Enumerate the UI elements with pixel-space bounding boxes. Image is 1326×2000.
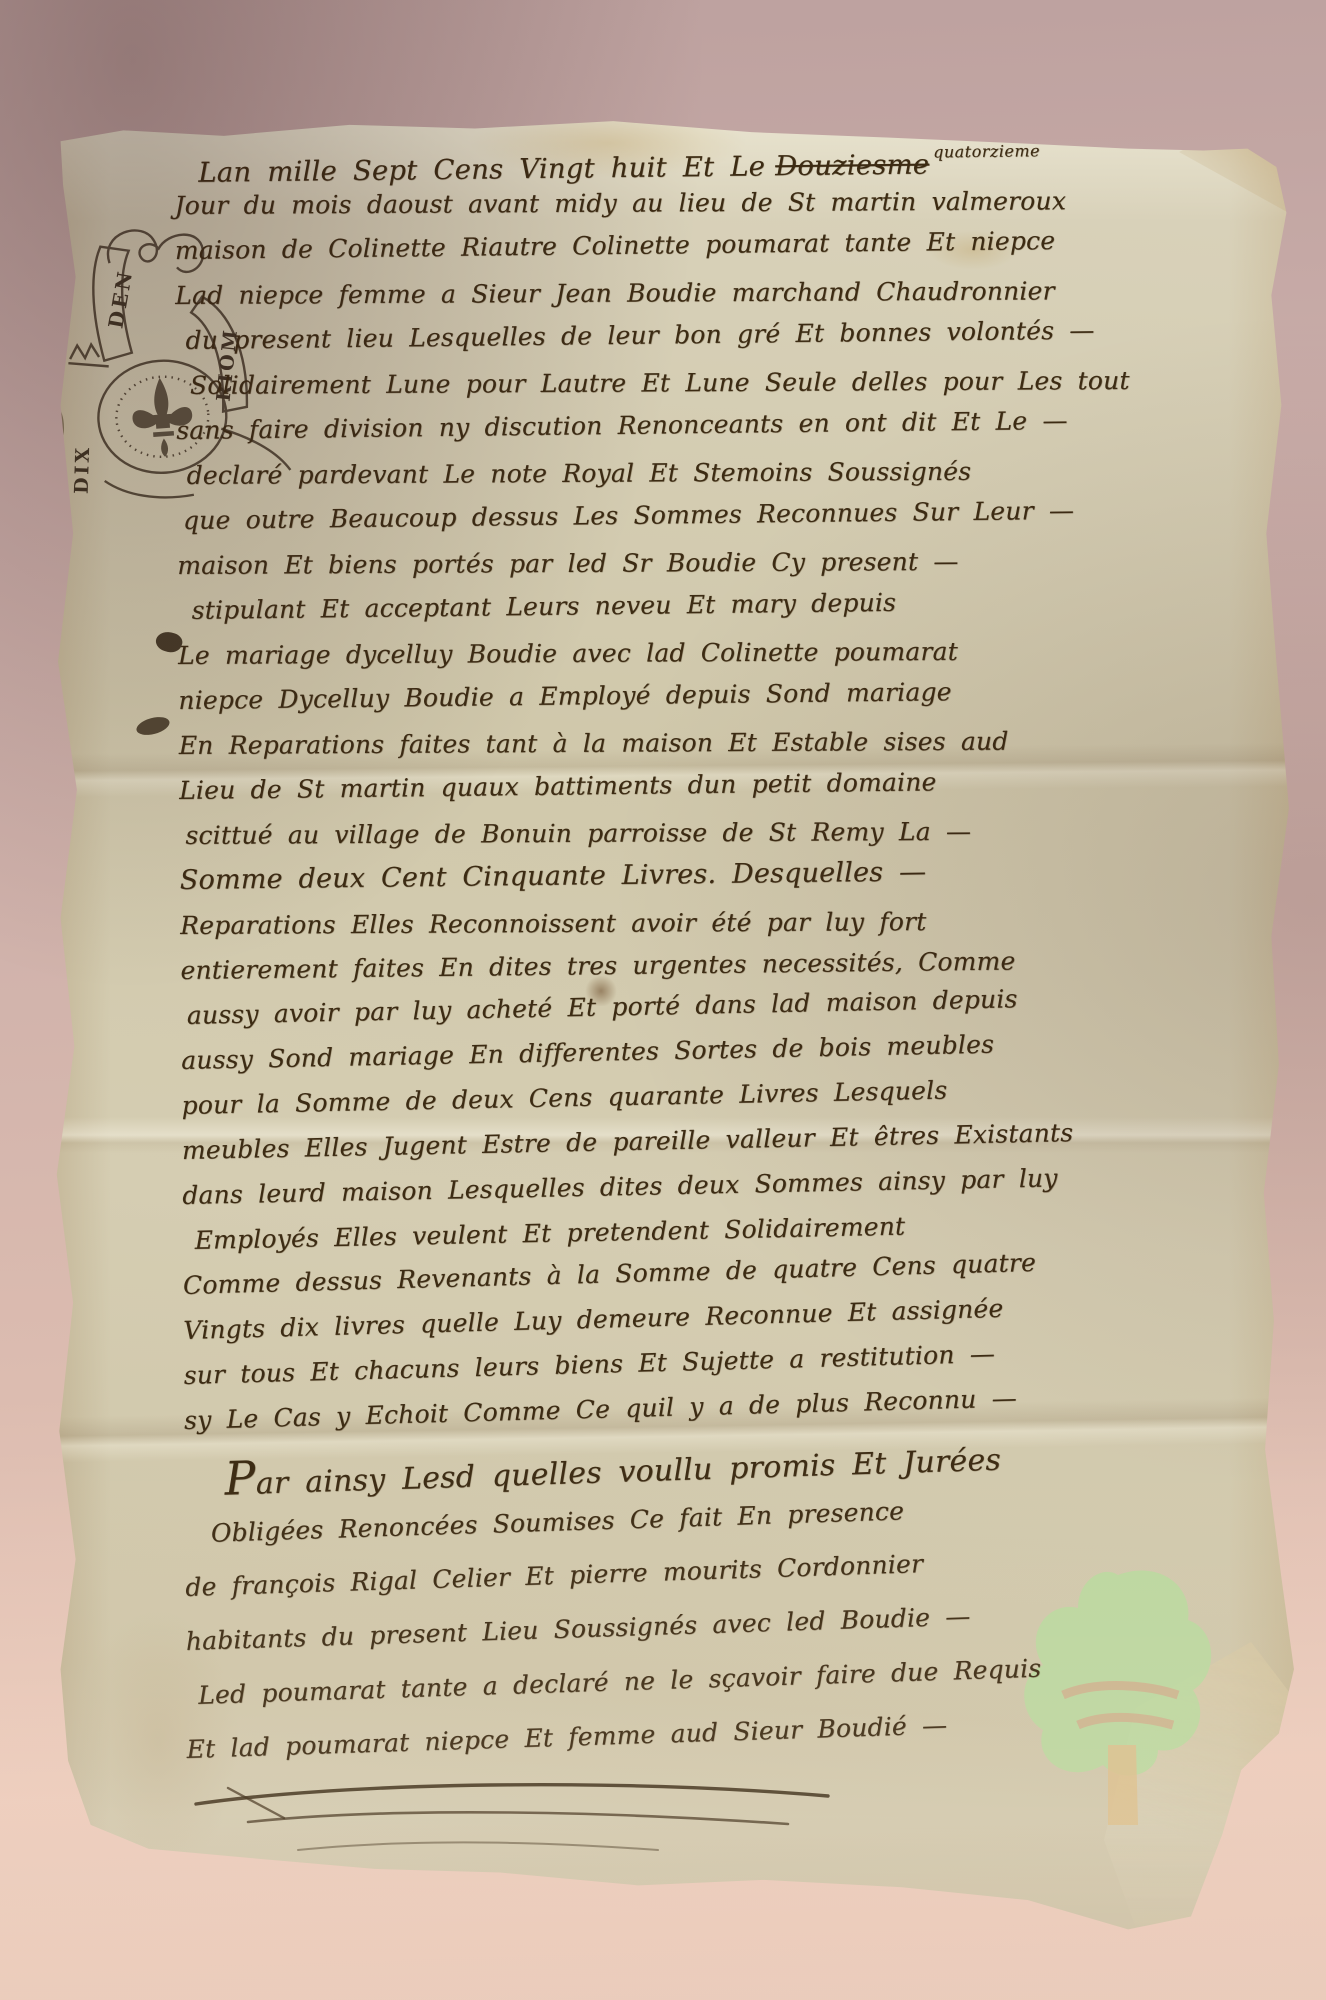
manuscript-line-text: Reparations Elles Reconnoissent avoir ét… [180, 907, 926, 940]
manuscript-line-text: scittué au village de Bonuin parroisse d… [185, 817, 971, 850]
stamp-banner-left-label: DEN [103, 267, 137, 330]
manuscript-line-text: Le mariage dycelluy Boudie avec lad Coli… [178, 637, 958, 670]
manuscript-line-text: Et lad poumarat niepce Et femme aud Sieu… [186, 1710, 947, 1764]
manuscript-line-text: stipulant Et acceptant Leurs neveu Et ma… [192, 588, 897, 625]
ink-blot [135, 714, 172, 738]
photo-background: DEN RIOM DIX Lan mille Sept Cens Vingt h… [0, 0, 1326, 2000]
interlinear-correction: quatorzieme [933, 141, 1040, 161]
manuscript-line-text: En Reparations faites tant à la maison E… [179, 727, 1009, 760]
manuscript-line-text: Somme deux Cent Cinquante Livres. Desque… [180, 857, 927, 896]
manuscript-line-text: pour la Somme de deux Cens quarante Livr… [181, 1076, 947, 1120]
manuscript-line-text: niepce Dycelluy Boudie a Employé depuis … [178, 677, 952, 715]
manuscript-paper: DEN RIOM DIX Lan mille Sept Cens Vingt h… [48, 112, 1304, 1944]
manuscript-line-text: sans faire division ny discution Renonce… [176, 406, 1068, 445]
manuscript-line-text: Lad niepce femme a Sieur Jean Boudie mar… [175, 276, 1055, 310]
manuscript-lines: Lan mille Sept Cens Vingt huit Et LeDouz… [174, 129, 1272, 1771]
manuscript-line-text: Jour du mois daoust avant midy au lieu d… [174, 186, 1066, 220]
manuscript-line-text: de françois Rigal Celier Et pierre mouri… [185, 1549, 924, 1602]
manuscript-line-text: Led poumarat tante a declaré ne le sçavo… [198, 1654, 1042, 1710]
struck-word: Douziesme [775, 149, 929, 183]
manuscript-line-text: Solidairement Lune pour Lautre Et Lune S… [190, 366, 1130, 400]
stamp-banner-bottom-label: DIX [71, 444, 95, 494]
manuscript-line-text: du present lieu Lesquelles de leur bon g… [185, 316, 1094, 355]
flourish-strokes [196, 1785, 828, 1850]
manuscript-line-text: Obligées Renoncées Soumises Ce fait En p… [210, 1496, 904, 1547]
manuscript-line: Lan mille Sept Cens Vingt huit Et LeDouz… [198, 126, 1259, 183]
manuscript-line-text: maison de Colinette Riautre Colinette po… [175, 226, 1056, 265]
manuscript-line-text: maison Et biens portés par led Sr Boudie… [177, 547, 958, 580]
manuscript-line-text: que outre Beaucoup dessus Les Sommes Rec… [183, 496, 1074, 535]
manuscript-line-text: Lieu de St martin quaux battiments dun p… [179, 767, 937, 805]
manuscript-line-text: declaré pardevant Le note Royal Et Stemo… [187, 457, 972, 490]
manuscript-line-text: habitants du present Lieu Soussignés ave… [185, 1602, 971, 1656]
paraph-flourish [188, 1774, 848, 1864]
